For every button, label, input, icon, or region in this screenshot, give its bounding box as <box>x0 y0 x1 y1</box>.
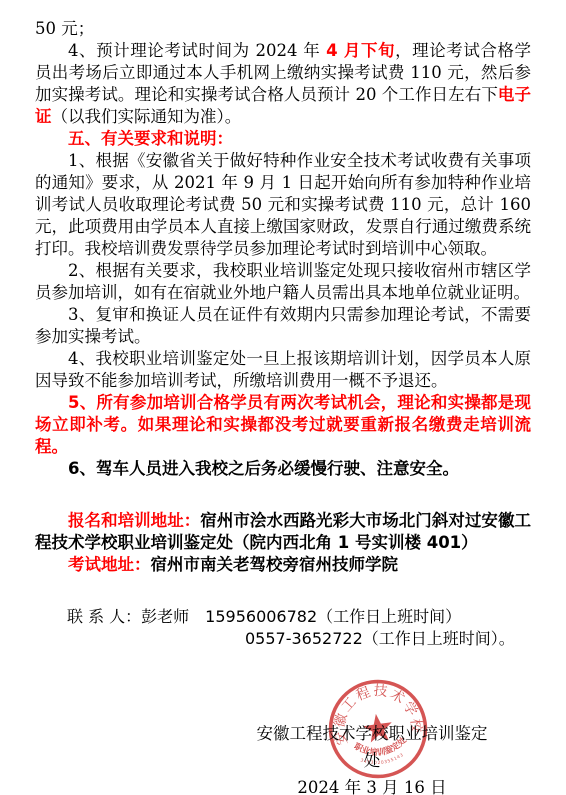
text-segment: 0557-3652722（工作日上班时间）。 <box>245 629 515 648</box>
spacer <box>35 576 531 606</box>
exam-address: 考试地址：宿州市南关老驾校旁宿州技师学院 <box>35 554 531 576</box>
text-segment: （以我们实际通知为准）。 <box>52 107 242 126</box>
text-segment: 2、根据有关要求，我校职业培训鉴定处现只接收宿州市辖区学员参加培训，如有在宿就业… <box>35 261 531 302</box>
text-segment: 报名和培训地址： <box>68 511 200 530</box>
text-segment: 联 系 人：彭老师 15956006782（工作日上班时间） <box>67 607 461 626</box>
req-5-retake: 5、所有参加培训合格学员有两次考试机会，理论和实操都是现场立即补考。如果理论和实… <box>35 392 531 458</box>
text-segment: 4 月下旬 <box>326 41 395 60</box>
text-segment: 4、我校职业培训鉴定处一旦上报该期培训计划，因学员本人原因导致不能参加培训考试，… <box>35 349 531 390</box>
req-1-fees: 1、根据《安徽省关于做好特种作业安全技术考试收费有关事项的通知》要求，从 202… <box>35 150 531 260</box>
text-segment: 宿州市南关老驾校旁宿州技师学院 <box>151 555 399 574</box>
text-segment: 5、所有参加培训合格学员有两次考试机会，理论和实操都是现场立即补考。如果理论和实… <box>35 393 531 456</box>
req-2-district: 2、根据有关要求，我校职业培训鉴定处现只接收宿州市辖区学员参加培训，如有在宿就业… <box>35 260 531 304</box>
text-segment: 考试地址： <box>68 555 151 574</box>
req-4-no-refund: 4、我校职业培训鉴定处一旦上报该期培训计划，因学员本人原因导致不能参加培训考试，… <box>35 348 531 392</box>
text-segment: 1、根据《安徽省关于做好特种作业安全技术考试收费有关事项的通知》要求，从 202… <box>35 151 531 258</box>
spacer <box>35 480 531 510</box>
para-exam-schedule: 4、预计理论考试时间为 2024 年 4 月下旬，理论考试合格学员出考场后立即通… <box>35 40 531 128</box>
notice-document-page: 50 元；4、预计理论考试时间为 2024 年 4 月下旬，理论考试合格学员出考… <box>0 0 566 795</box>
section-heading-requirements: 五、有关要求和说明： <box>35 128 531 150</box>
text-segment: 6、驾车人员进入我校之后务必缓慢行驶、注意安全。 <box>68 459 459 478</box>
req-3-renewal: 3、复审和换证人员在证件有效期内只需参加理论考试，不需要参加实操考试。 <box>35 304 531 348</box>
req-6-drive-safe: 6、驾车人员进入我校之后务必缓慢行驶、注意安全。 <box>35 458 531 480</box>
star-icon <box>361 712 394 743</box>
text-segment: 4、预计理论考试时间为 2024 年 <box>68 41 326 60</box>
text-segment: 五、有关要求和说明： <box>68 129 233 148</box>
contact-line: 联 系 人：彭老师 15956006782（工作日上班时间） <box>35 606 531 628</box>
contact-phone-2: 0557-3652722（工作日上班时间）。 <box>35 628 531 650</box>
document-body: 50 元；4、预计理论考试时间为 2024 年 4 月下旬，理论考试合格学员出考… <box>0 0 566 650</box>
text-segment: 50 元； <box>35 19 94 38</box>
continuation-line: 50 元； <box>35 18 531 40</box>
official-seal: 安徽工程技术学校 职业培训鉴定处 3413020355143 <box>320 665 437 792</box>
registration-address: 报名和培训地址：宿州市浍水西路光彩大市场北门斜对过安徽工程技术学校职业培训鉴定处… <box>35 510 531 554</box>
text-segment: 3、复审和换证人员在证件有效期内只需参加理论考试，不需要参加实操考试。 <box>35 305 531 346</box>
